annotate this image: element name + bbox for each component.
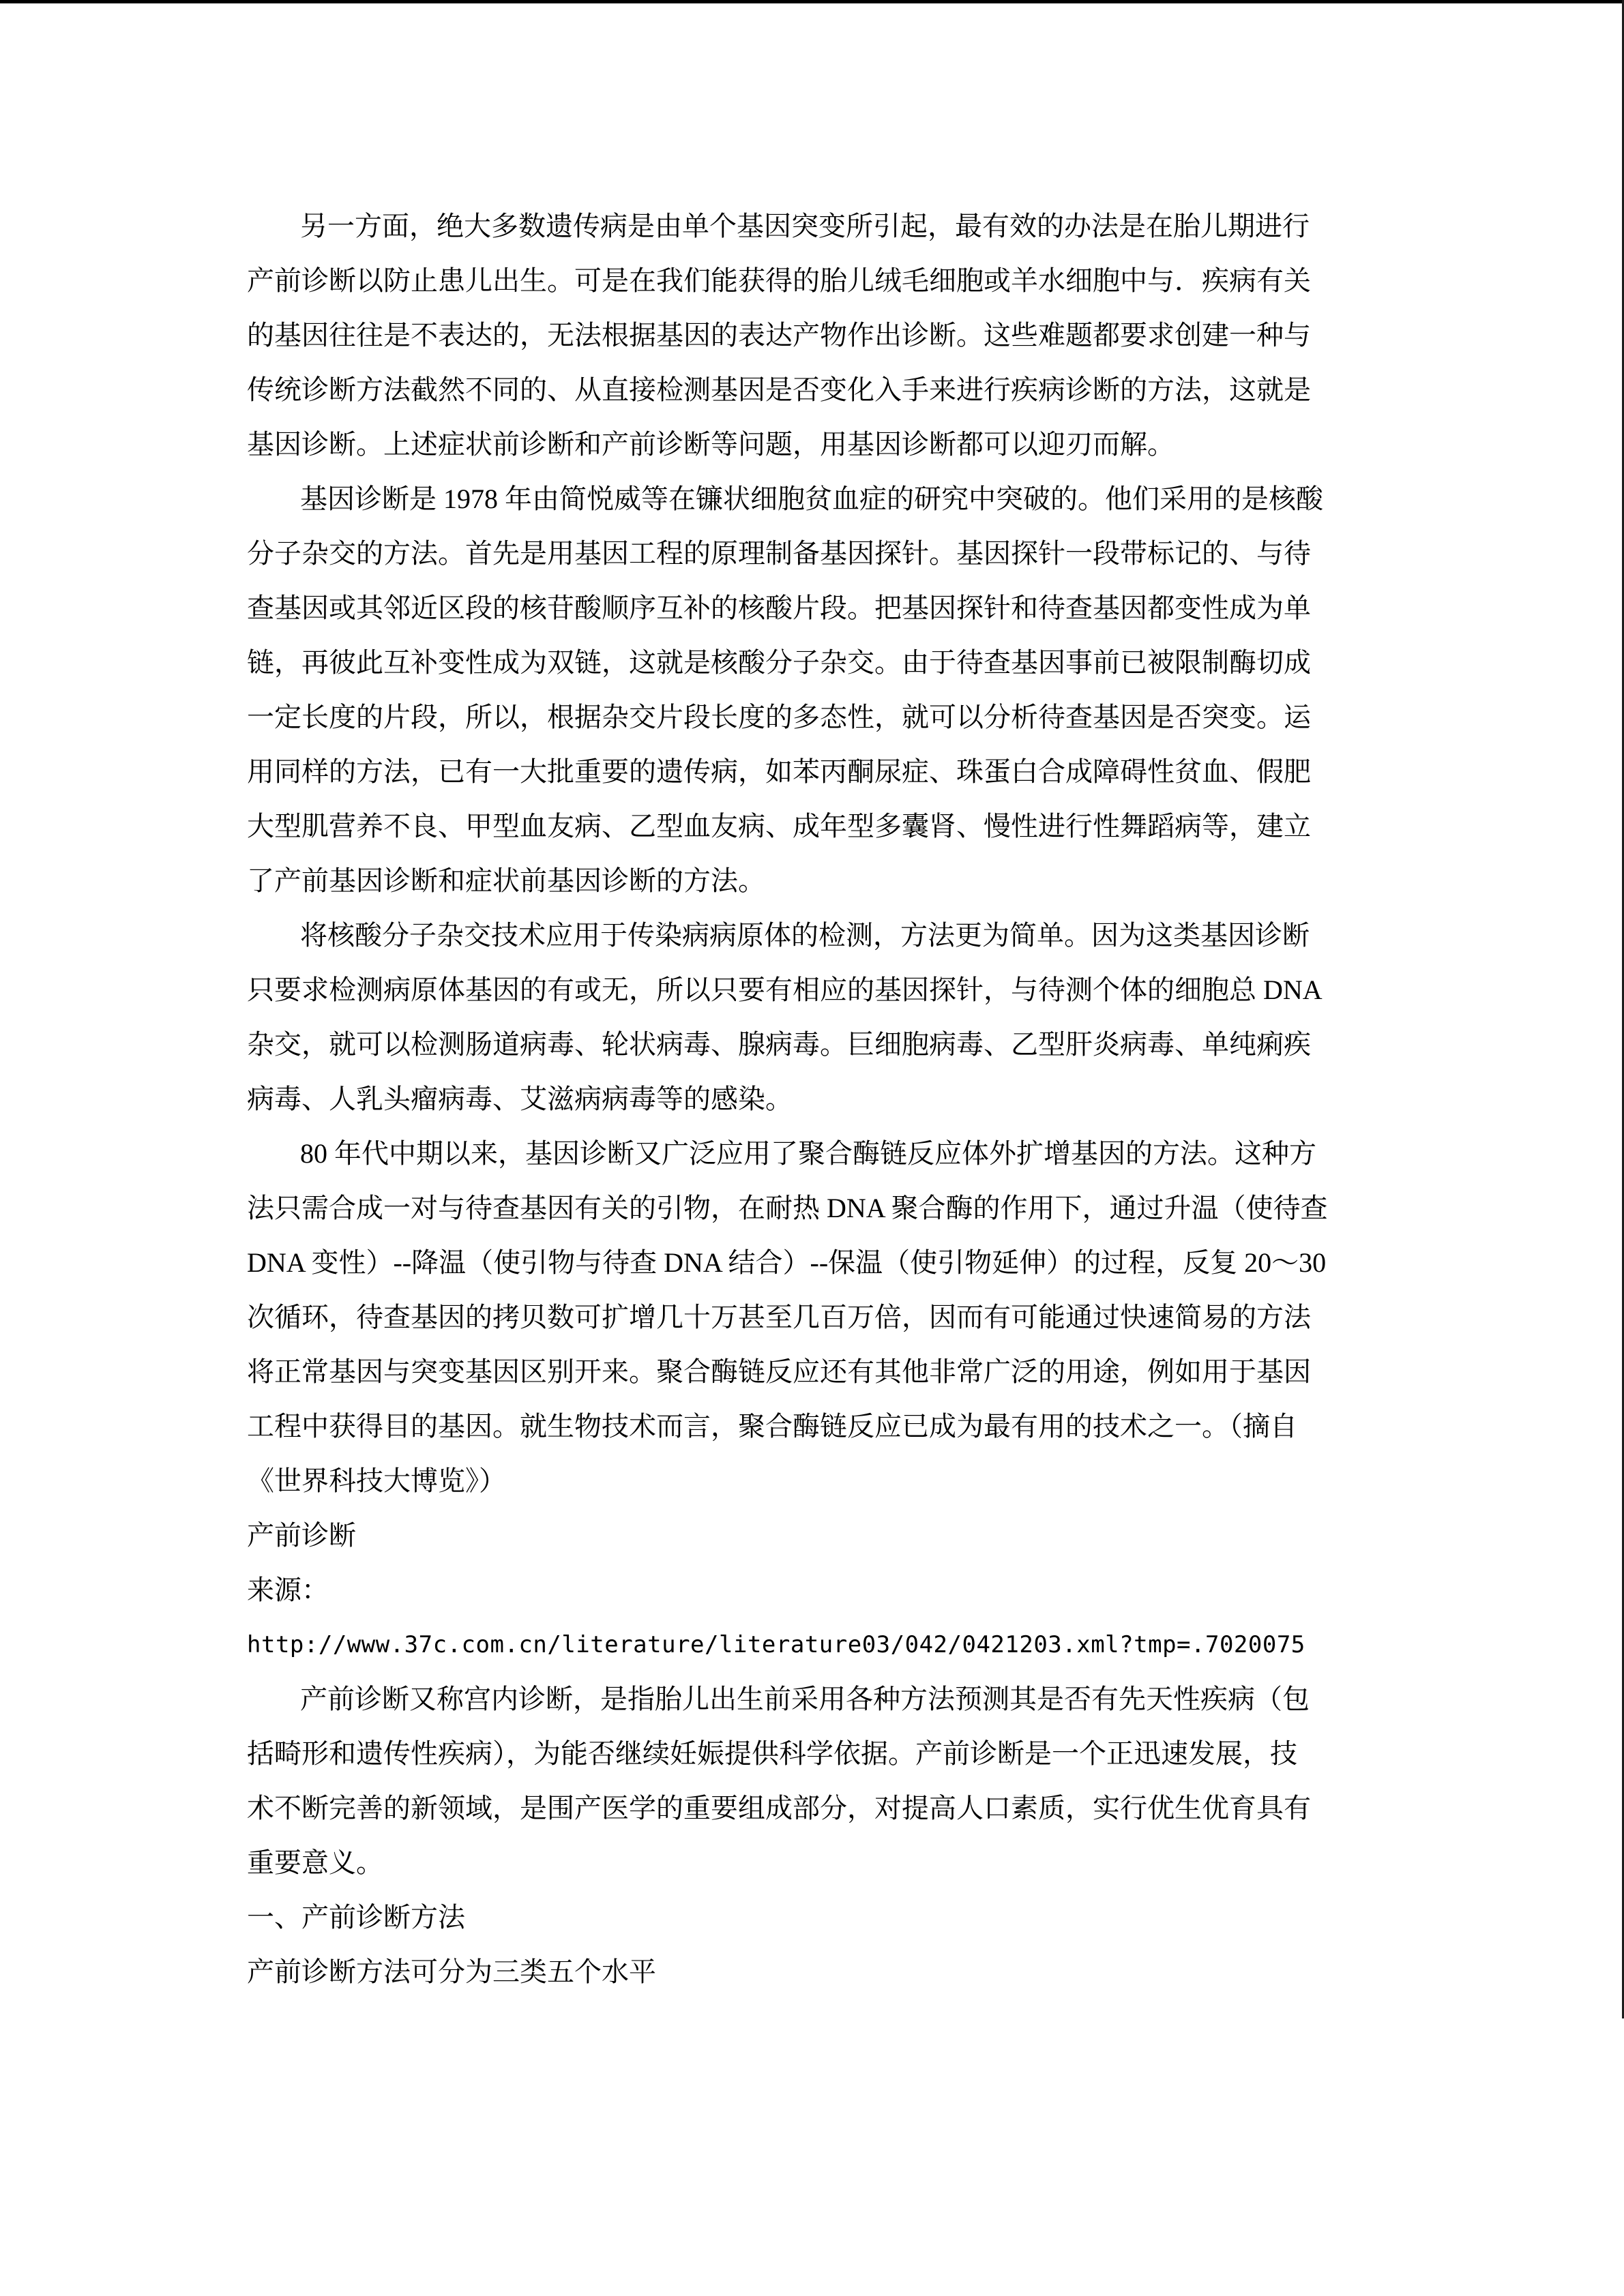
text-line: 的基因往往是不表达的，无法根据基因的表达产物作出诊断。这些难题都要求创建一种与 <box>247 308 1389 363</box>
text-line: 法只需合成一对与待查基因有关的引物，在耐热 DNA 聚合酶的作用下，通过升温（使… <box>247 1181 1389 1236</box>
text-line: 括畸形和遗传性疾病），为能否继续妊娠提供科学依据。产前诊断是一个正迅速发展，技 <box>247 1727 1389 1781</box>
text-line: 次循环，待查基因的拷贝数可扩增几十万甚至几百万倍，因而有可能通过快速简易的方法 <box>247 1290 1389 1345</box>
text-line: 另一方面，绝大多数遗传病是由单个基因突变所引起，最有效的办法是在胎儿期进行 <box>247 199 1389 254</box>
text-line: DNA 变性）--降温（使引物与待查 DNA 结合）--保温（使引物延伸）的过程… <box>247 1236 1389 1290</box>
text-line: 分子杂交的方法。首先是用基因工程的原理制备基因探针。基因探针一段带标记的、与待 <box>247 526 1389 581</box>
text-line: 将正常基因与突变基因区别开来。聚合酶链反应还有其他非常广泛的用途，例如用于基因 <box>247 1345 1389 1399</box>
text-line: 了产前基因诊断和症状前基因诊断的方法。 <box>247 854 1389 908</box>
document-page: 另一方面，绝大多数遗传病是由单个基因突变所引起，最有效的办法是在胎儿期进行产前诊… <box>0 0 1624 2296</box>
document-text-block: 另一方面，绝大多数遗传病是由单个基因突变所引起，最有效的办法是在胎儿期进行产前诊… <box>247 199 1389 1999</box>
text-line: 杂交，就可以检测肠道病毒、轮状病毒、腺病毒。巨细胞病毒、乙型肝炎病毒、单纯痢疾 <box>247 1017 1389 1072</box>
text-line: 产前诊断 <box>247 1508 1389 1563</box>
text-line: 基因诊断是 1978 年由简悦威等在镰状细胞贫血症的研究中突破的。他们采用的是核… <box>247 472 1389 526</box>
text-line: 术不断完善的新领域，是围产医学的重要组成部分，对提高人口素质，实行优生优育具有 <box>247 1781 1389 1836</box>
text-line: 《世界科技大博览》） <box>247 1454 1389 1508</box>
text-line: 产前诊断以防止患儿出生。可是在我们能获得的胎儿绒毛细胞或羊水细胞中与．疾病有关 <box>247 254 1389 308</box>
text-line: 病毒、人乳头瘤病毒、艾滋病病毒等的感染。 <box>247 1072 1389 1127</box>
text-line: 查基因或其邻近区段的核苷酸顺序互补的核酸片段。把基因探针和待查基因都变性成为单 <box>247 581 1389 636</box>
text-line: 产前诊断方法可分为三类五个水平 <box>247 1945 1389 1999</box>
text-line: 基因诊断。上述症状前诊断和产前诊断等问题，用基因诊断都可以迎刃而解。 <box>247 417 1389 472</box>
text-line: 80 年代中期以来，基因诊断又广泛应用了聚合酶链反应体外扩增基因的方法。这种方 <box>247 1127 1389 1181</box>
text-line: 用同样的方法，已有一大批重要的遗传病，如苯丙酮尿症、珠蛋白合成障碍性贫血、假肥 <box>247 745 1389 799</box>
text-line: 一定长度的片段，所以，根据杂交片段长度的多态性，就可以分析待查基因是否突变。运 <box>247 690 1389 745</box>
text-line: 将核酸分子杂交技术应用于传染病病原体的检测，方法更为简单。因为这类基因诊断 <box>247 908 1389 963</box>
text-line: 一、产前诊断方法 <box>247 1890 1389 1945</box>
text-line: 只要求检测病原体基因的有或无，所以只要有相应的基因探针，与待测个体的细胞总 DN… <box>247 963 1389 1017</box>
text-line: 来源： <box>247 1563 1389 1617</box>
text-line: 产前诊断又称宫内诊断，是指胎儿出生前采用各种方法预测其是否有先天性疾病（包 <box>247 1672 1389 1727</box>
text-line: 重要意义。 <box>247 1836 1389 1890</box>
text-line: 工程中获得目的基因。就生物技术而言，聚合酶链反应已成为最有用的技术之一。（摘自 <box>247 1399 1389 1454</box>
text-line: 大型肌营养不良、甲型血友病、乙型血友病、成年型多囊肾、慢性进行性舞蹈病等，建立 <box>247 799 1389 854</box>
page-top-edge <box>0 0 1624 3</box>
source-url-text-line: http://www.37c.com.cn/literature/literat… <box>247 1617 1389 1672</box>
text-line: 传统诊断方法截然不同的、从直接检测基因是否变化入手来进行疾病诊断的方法，这就是 <box>247 363 1389 417</box>
text-line: 链，再彼此互补变性成为双链，这就是核酸分子杂交。由于待查基因事前已被限制酶切成 <box>247 636 1389 690</box>
